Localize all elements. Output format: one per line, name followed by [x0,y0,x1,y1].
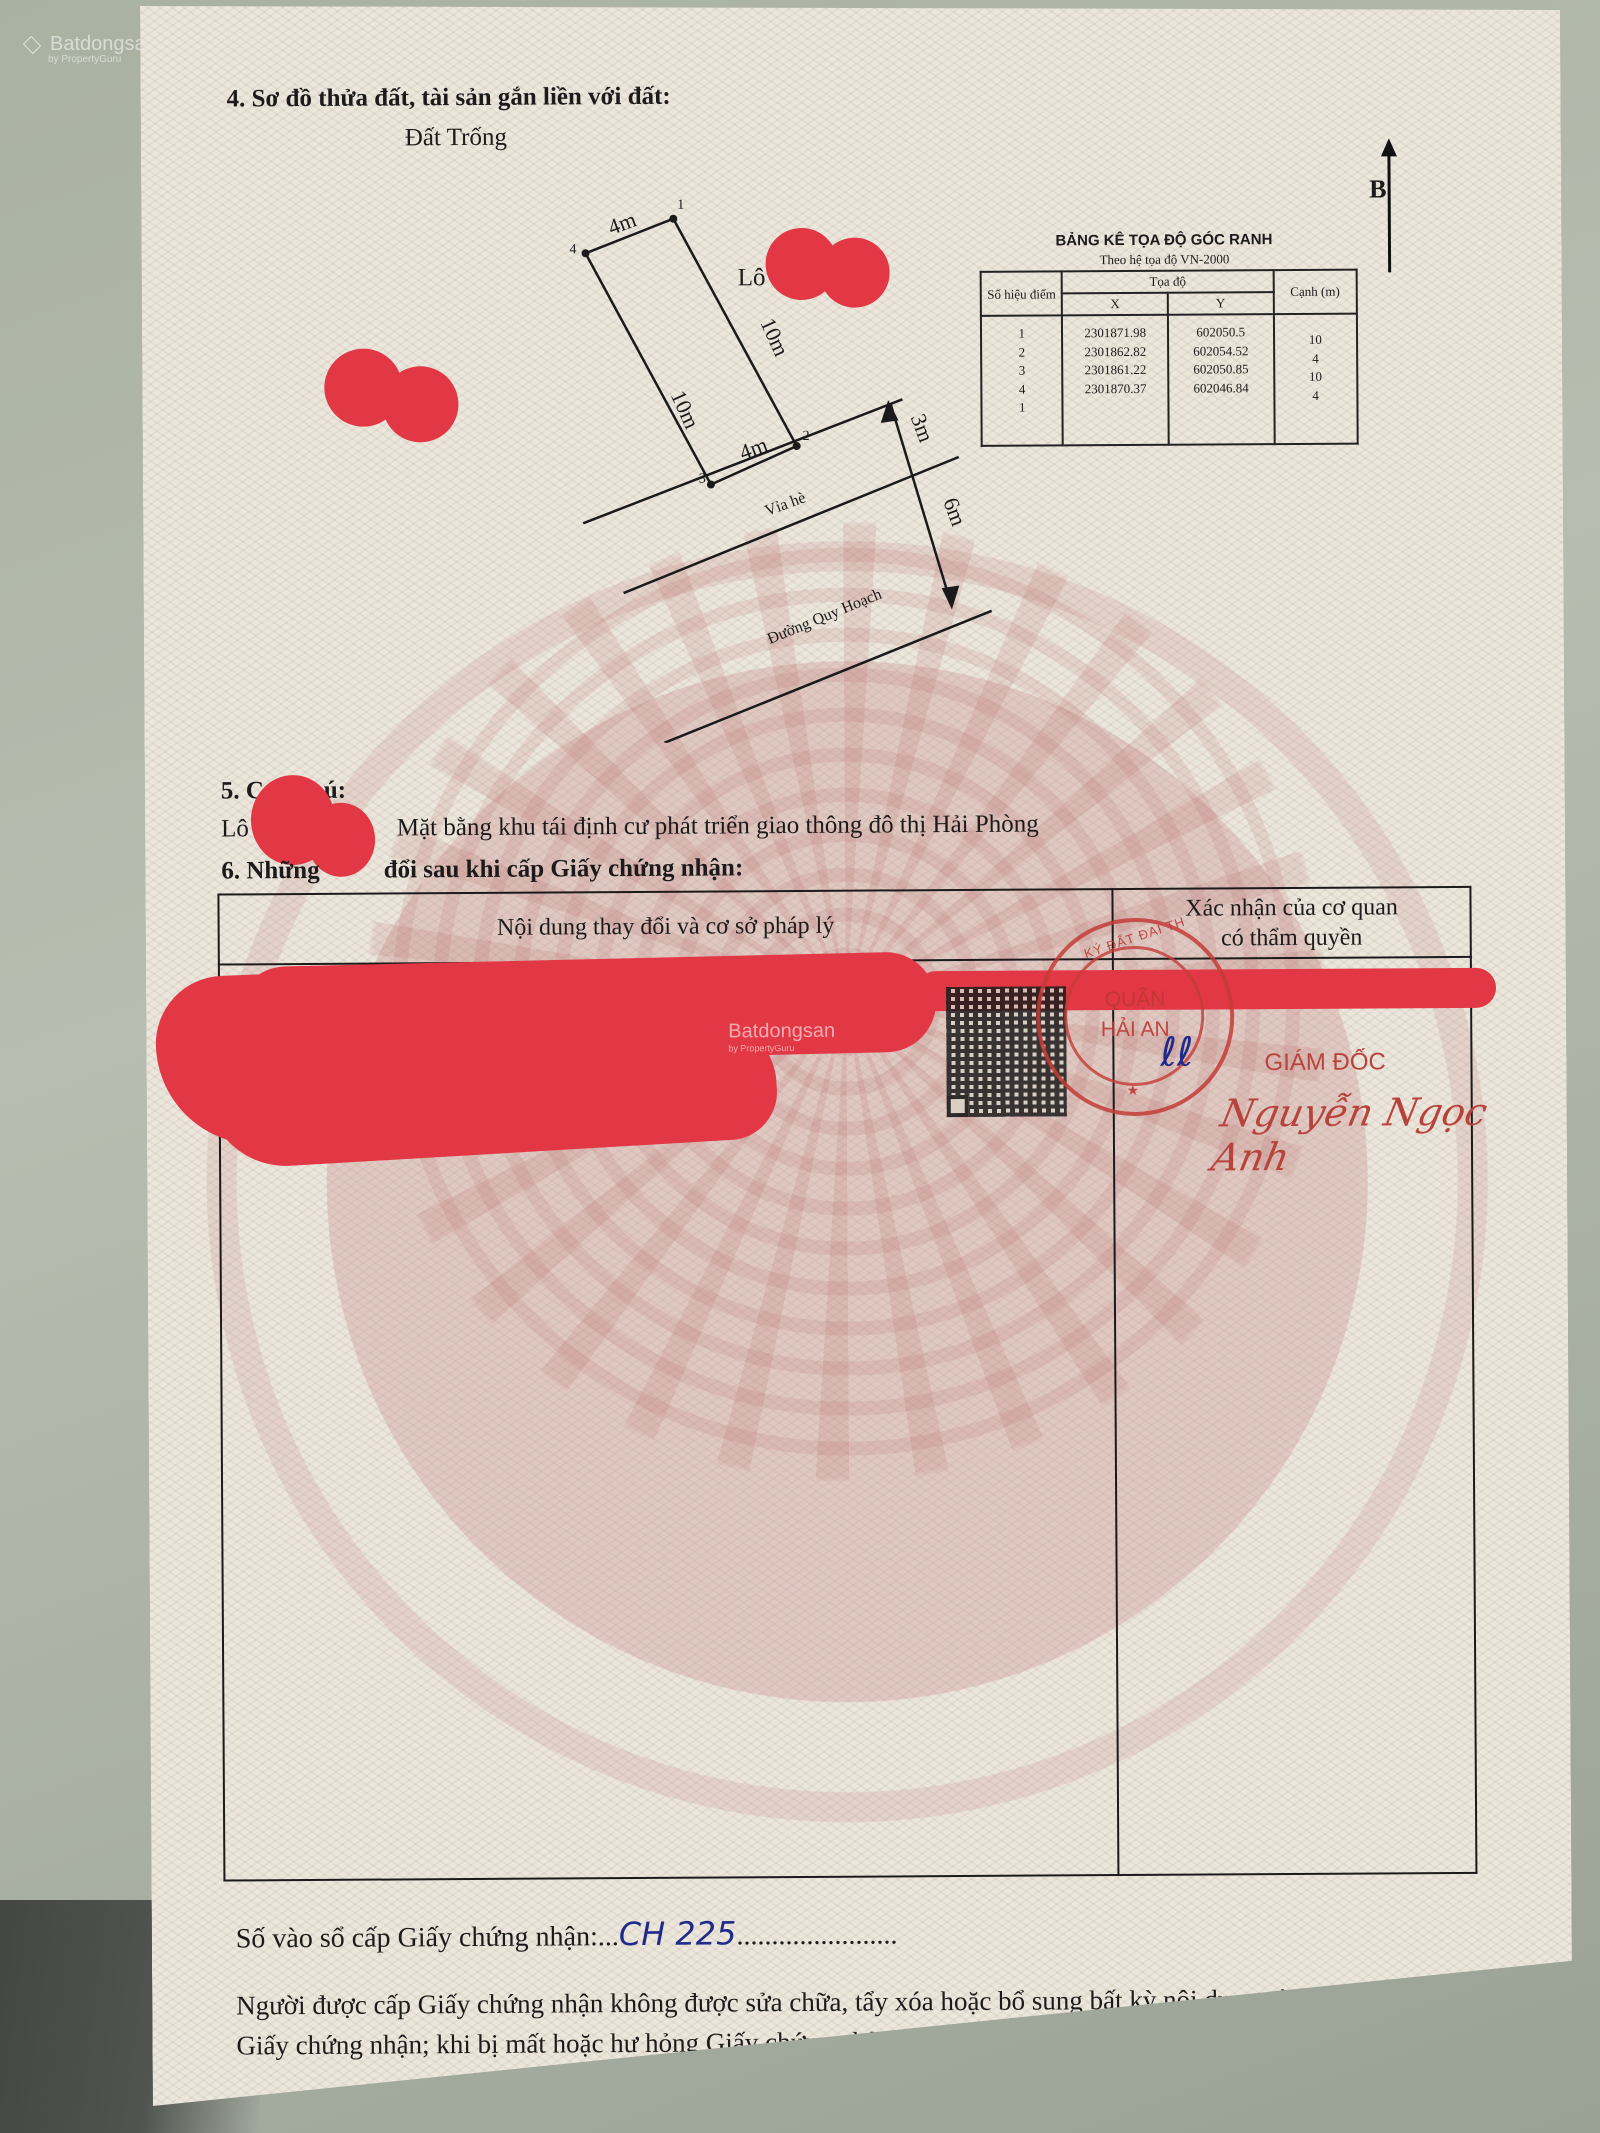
table-cell: 10 [1275,368,1357,387]
section-6-title: 6. Nhữngđổi sau khi cấp Giấy chứng nhận: [221,854,743,885]
table-cell: 1 [982,398,1062,417]
table-cell: 602050.5 [1169,323,1273,342]
svg-text:6m: 6m [938,494,971,529]
table-cell: 602054.52 [1169,342,1273,361]
table-cell: 2301870.37 [1064,379,1168,398]
batdongsan-logo-icon [23,35,42,54]
table-cell: 602046.84 [1169,379,1273,398]
svg-text:Đường Quy Hoạch: Đường Quy Hoạch [765,586,884,648]
table-cell: 10 [1275,331,1357,350]
north-arrow-icon [1369,138,1410,278]
coord-table-subtitle: Theo hệ tọa độ VN-2000 [1100,251,1230,268]
svg-text:Vỉa hè: Vỉa hè [763,489,808,520]
point-1-label: 1 [677,198,684,213]
header-coords: Tọa độ [1062,270,1273,293]
certificate-page: 4. Sơ đồ thửa đất, tài sản gắn liền với … [140,0,1573,2106]
table-cell: 2301862.82 [1064,342,1168,361]
svg-text:10m: 10m [666,387,705,433]
redaction-mark [819,237,889,307]
registry-line: Số vào sổ cấp Giấy chứng nhận:...CH 225.… [236,1913,898,1955]
point-id-column: 1 2 3 4 1 [981,315,1063,445]
table-cell: 4 [1275,349,1357,368]
header-point-id: Số hiệu điểm [981,271,1063,315]
redaction-mark [382,366,458,442]
header-change-content: Nội dung thay đổi và cơ sở pháp lý [218,889,1112,964]
north-label: B [1369,174,1387,204]
point-4-label: 4 [569,242,576,257]
svg-text:10m: 10m [755,314,794,360]
signer-name: Nguyễn Ngọc Anh [1208,1089,1576,1179]
coord-table-title: BẢNG KÊ TỌA ĐỘ GÓC RANH [1055,231,1272,249]
header-x: X [1062,293,1168,316]
edge-column: 10 4 10 4 [1273,314,1357,445]
coord-table: Số hiệu điểm Tọa độ Cạnh (m) X Y 1 2 3 4… [980,269,1359,447]
signer-title: GIÁM ĐỐC [1264,1048,1386,1077]
table-cell: 3 [982,361,1062,380]
handwritten-signature: ℓℓ [1160,1030,1193,1076]
header-edge: Cạnh (m) [1273,270,1357,315]
land-type: Đất Trống [405,124,507,153]
y-column: 602050.5 602054.52 602050.85 602046.84 [1168,314,1274,445]
table-cell: 2301871.98 [1063,324,1167,343]
table-cell: 602050.85 [1169,360,1273,379]
center-watermark: Batdongsan by PropertyGuru [728,1020,835,1054]
svg-text:3m: 3m [906,410,939,445]
north-arrow [1369,138,1410,283]
table-cell: 2301861.22 [1064,361,1168,380]
footer-note: Người được cấp Giấy chứng nhận không đượ… [236,1979,1368,2066]
official-stamp: KÝ ĐẤT ĐAI TH QUẬN HẢI AN ★ [1036,917,1235,1116]
header-y: Y [1168,292,1274,315]
table-cell: 2 [982,343,1062,362]
table-cell: 1 [982,324,1062,343]
neighbor-lot-label: Lô [738,264,766,292]
table-cell: 4 [982,380,1062,399]
table-cell: 4 [1275,386,1357,405]
corner-watermark: Batdongsan by PropertyGuru [20,34,157,65]
point-3-label: 3 [699,472,706,487]
star-icon: ★ [1127,1082,1140,1099]
registry-number: CH 225 [619,1914,737,1953]
section-4-title: 4. Sơ đồ thửa đất, tài sản gắn liền với … [226,83,670,114]
x-column: 2301871.98 2301862.82 2301861.22 2301870… [1062,315,1168,446]
plot-sketch: 1 4 2 3 4m 10m 10m 4m Vỉa hè 3m 6m Đường… [441,181,1004,744]
point-2-label: 2 [803,429,810,444]
